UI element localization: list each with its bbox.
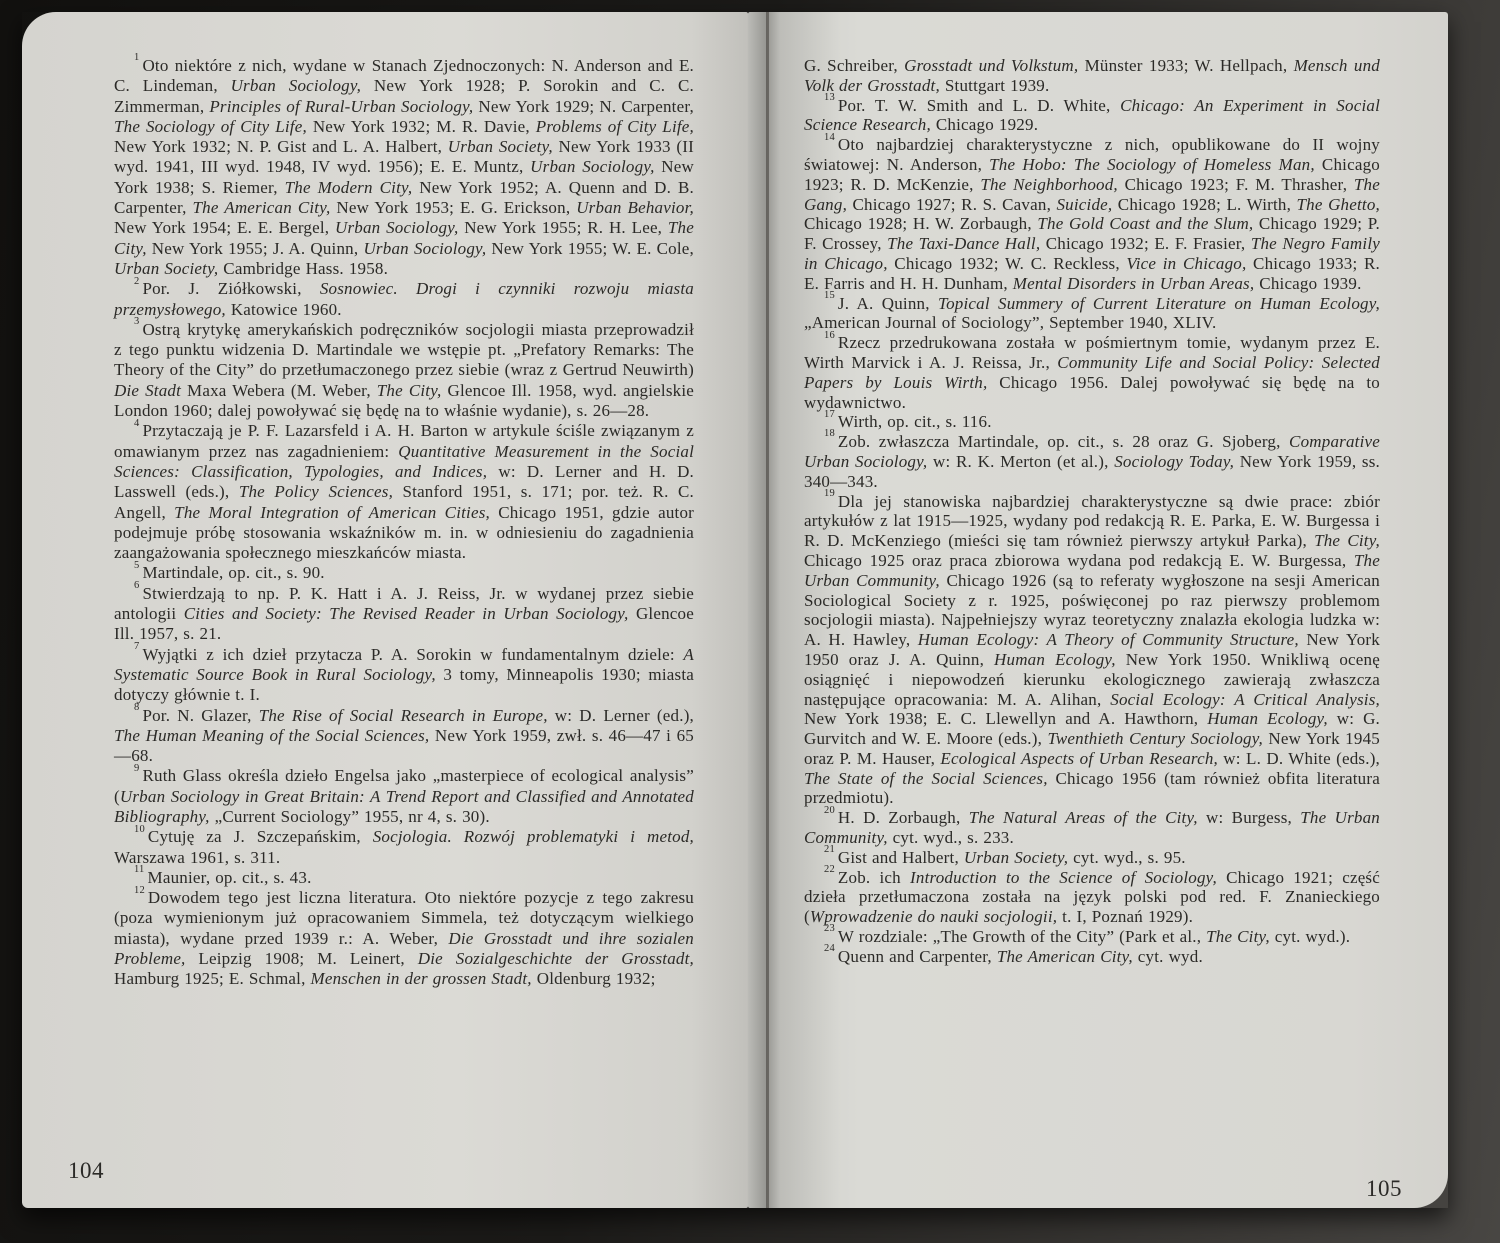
footnotes-column-right: G. Schreiber, Grosstadt und Volkstum, Mü… — [804, 56, 1380, 967]
footnote-number: 18 — [824, 428, 835, 439]
footnote-18: 18Zob. zwłaszcza Martindale, op. cit., s… — [804, 432, 1380, 491]
text-segment: New York 1932; M. R. Davie, — [307, 117, 536, 136]
footnote-4: 4Przytaczają je P. F. Lazarsfeld i A. H.… — [114, 421, 694, 563]
text-segment: Zob. zwłaszcza Martindale, op. cit., s. … — [838, 432, 1289, 451]
text-segment: w: Burgess, — [1198, 808, 1301, 827]
text-segment: Por. T. W. Smith and L. D. White, — [838, 96, 1120, 115]
footnote-number: 9 — [134, 763, 139, 774]
cited-title: The Policy Sciences, — [239, 482, 393, 501]
text-segment: cyt. wyd.). — [1270, 927, 1350, 946]
cited-title: The Gold Coast and the Slum, — [1037, 214, 1253, 233]
text-segment: „Current Sociology” 1955, nr 4, s. 30). — [210, 807, 490, 826]
page-left: 1Oto niektóre z nich, wydane w Stanach Z… — [22, 12, 748, 1208]
cited-title: Die Sozialgeschichte der Grosstadt, — [418, 949, 694, 968]
text-segment: Chicago 1925 oraz praca zbiorowa wydana … — [804, 551, 1354, 570]
footnote-12: 12Dowodem tego jest liczna literatura. O… — [114, 888, 694, 989]
cited-title: Human Ecology, — [1207, 709, 1328, 728]
footnote-5: 5Martindale, op. cit., s. 90. — [114, 563, 694, 583]
text-segment: Chicago 1932; E. F. Frasier, — [1040, 234, 1251, 253]
cited-title: The Sociology of City Life, — [114, 117, 307, 136]
cited-title: Wprowadzenie do nauki socjologii, — [810, 907, 1057, 926]
footnote-number: 16 — [824, 330, 835, 341]
footnote-14: 14Oto najbardziej charakterystyczne z ni… — [804, 135, 1380, 293]
footnote-11: 11Maunier, op. cit., s. 43. — [114, 868, 694, 888]
text-segment: Chicago 1939. — [1254, 274, 1361, 293]
text-segment: Wirth, op. cit., s. 116. — [838, 412, 992, 431]
text-segment: Ostrą krytykę amerykańskich podręczników… — [114, 320, 694, 380]
text-segment: Maunier, op. cit., s. 43. — [148, 868, 312, 887]
footnote-number: 8 — [134, 702, 139, 713]
footnote-1: 1Oto niektóre z nich, wydane w Stanach Z… — [114, 56, 694, 279]
text-segment: Chicago 1928; L. Wirth, — [1112, 195, 1296, 214]
footnote-continuation: G. Schreiber, Grosstadt und Volkstum, Mü… — [804, 56, 1380, 96]
cited-title: Principles of Rural-Urban Sociology, — [209, 97, 473, 116]
cited-title: Topical Summery of Current Literature on… — [938, 294, 1380, 313]
footnote-23: 23W rozdziale: „The Growth of the City” … — [804, 927, 1380, 947]
text-segment: G. Schreiber, — [804, 56, 904, 75]
cited-title: Urban Sociology, — [363, 239, 486, 258]
cited-title: Suicide, — [1056, 195, 1112, 214]
footnote-number: 10 — [134, 824, 145, 835]
text-segment: J. A. Quinn, — [838, 294, 938, 313]
cited-title: The Rise of Social Research in Europe, — [259, 706, 548, 725]
text-segment: w: D. Lerner (ed.), — [548, 706, 694, 725]
cited-title: Mental Disorders in Urban Areas, — [1013, 274, 1255, 293]
cited-title: Urban Sociology, — [231, 76, 362, 95]
cited-title: Human Ecology, — [994, 650, 1116, 669]
open-book-spread: 1Oto niektóre z nich, wydane w Stanach Z… — [22, 12, 1448, 1208]
text-segment: Por. J. Ziółkowski, — [142, 279, 319, 298]
cited-title: The Neighborhood, — [980, 175, 1118, 194]
text-segment: „American Journal of Sociology”, Septemb… — [804, 313, 1216, 332]
text-segment: Maxa Webera (M. Weber, — [181, 381, 377, 400]
book-scan-scene: 1Oto niektóre z nich, wydane w Stanach Z… — [0, 0, 1500, 1243]
footnote-3: 3Ostrą krytykę amerykańskich podręcznikó… — [114, 320, 694, 421]
footnote-8: 8Por. N. Glazer, The Rise of Social Rese… — [114, 706, 694, 767]
text-segment: Gist and Halbert, — [838, 848, 964, 867]
text-segment: t. I, Poznań 1929). — [1057, 907, 1193, 926]
footnote-number: 3 — [134, 316, 139, 327]
footnote-number: 5 — [134, 560, 139, 571]
text-segment: Hamburg 1925; E. Schmal, — [114, 969, 311, 988]
text-segment: New York 1932; N. P. Gist and L. A. Halb… — [114, 137, 448, 156]
text-segment: Münster 1933; W. Hellpach, — [1078, 56, 1293, 75]
footnote-13: 13Por. T. W. Smith and L. D. White, Chic… — [804, 96, 1380, 136]
footnote-number: 24 — [824, 943, 835, 954]
cited-title: Urban Behavior, — [576, 198, 694, 217]
text-segment: Dla jej stanowiska najbardziej charakter… — [804, 492, 1380, 551]
page-right: G. Schreiber, Grosstadt und Volkstum, Mü… — [748, 12, 1448, 1208]
footnote-2: 2Por. J. Ziółkowski, Sosnowiec. Drogi i … — [114, 279, 694, 320]
cited-title: The American City, — [997, 947, 1133, 966]
cited-title: Ecological Aspects of Urban Research, — [940, 749, 1218, 768]
text-segment: Oldenburg 1932; — [532, 969, 656, 988]
text-segment: Chicago 1927; R. S. Cavan, — [847, 195, 1056, 214]
cited-title: Urban Society, — [964, 848, 1068, 867]
text-segment: Leipzig 1908; M. Leinert, — [186, 949, 418, 968]
footnote-15: 15J. A. Quinn, Topical Summery of Curren… — [804, 294, 1380, 334]
cited-title: The City, — [1314, 531, 1380, 550]
footnote-number: 12 — [134, 885, 145, 896]
cited-title: Urban Society, — [114, 259, 218, 278]
text-segment: Quenn and Carpenter, — [838, 947, 997, 966]
text-segment: New York 1955; R. H. Lee, — [458, 218, 667, 237]
text-segment: cyt. wyd. — [1133, 947, 1203, 966]
cited-title: Cities and Society: The Revised Reader i… — [184, 604, 629, 623]
text-segment: w: R. K. Merton (et al.), — [927, 452, 1114, 471]
footnote-16: 16Rzecz przedrukowana została w pośmiert… — [804, 333, 1380, 412]
cited-title: Vice in Chicago, — [1126, 254, 1246, 273]
cited-title: The Human Meaning of the Social Sciences… — [114, 726, 429, 745]
footnotes-column-left: 1Oto niektóre z nich, wydane w Stanach Z… — [114, 56, 694, 990]
cited-title: Urban Sociology, — [335, 218, 458, 237]
cited-title: The Hobo: The Sociology of Homeless Man, — [989, 155, 1315, 174]
text-segment: Cambridge Hass. 1958. — [218, 259, 388, 278]
text-segment: New York 1955; J. A. Quinn, — [147, 239, 364, 258]
cited-title: The State of the Social Sciences, — [804, 769, 1048, 788]
text-segment: Chicago 1932; W. C. Reckless, — [888, 254, 1127, 273]
footnote-number: 14 — [824, 132, 835, 143]
text-segment: Wyjątki z ich dzieł przytacza P. A. Soro… — [142, 645, 683, 664]
cited-title: The City, — [377, 381, 442, 400]
cited-title: Introduction to the Science of Sociology… — [910, 868, 1217, 887]
text-segment: Chicago 1928; H. W. Zorbaugh, — [804, 214, 1037, 233]
cited-title: Twenthieth Century Sociology, — [1047, 729, 1263, 748]
cited-title: The Taxi-Dance Hall, — [887, 234, 1040, 253]
footnote-number: 7 — [134, 641, 139, 652]
text-segment: cyt. wyd., s. 95. — [1068, 848, 1186, 867]
footnote-number: 23 — [824, 923, 835, 934]
footnote-number: 17 — [824, 409, 835, 420]
footnote-number: 2 — [134, 276, 139, 287]
text-segment: cyt. wyd., s. 233. — [888, 828, 1014, 847]
cited-title: The Moral Integration of American Cities… — [174, 503, 490, 522]
text-segment: H. D. Zorbaugh, — [838, 808, 969, 827]
footnote-number: 6 — [134, 580, 139, 591]
footnote-number: 20 — [824, 805, 835, 816]
text-segment: Stuttgart 1939. — [940, 76, 1050, 95]
footnote-7: 7Wyjątki z ich dzieł przytacza P. A. Sor… — [114, 645, 694, 706]
text-segment: New York 1929; N. Carpenter, — [473, 97, 694, 116]
text-segment: New York 1953; E. G. Erickson, — [330, 198, 576, 217]
footnote-number: 13 — [824, 92, 835, 103]
cited-title: The American City, — [193, 198, 331, 217]
text-segment: Katowice 1960. — [226, 300, 342, 319]
cited-title: The Modern City, — [285, 178, 413, 197]
footnote-number: 21 — [824, 844, 835, 855]
page-number-right: 105 — [1366, 1176, 1402, 1202]
footnote-number: 19 — [824, 488, 835, 499]
cited-title: Problems of City Life, — [536, 117, 694, 136]
footnote-number: 1 — [134, 52, 139, 63]
footnote-10: 10Cytuję za J. Szczepańskim, Socjologia.… — [114, 827, 694, 868]
cited-title: The City, — [1206, 927, 1270, 946]
footnote-number: 15 — [824, 290, 835, 301]
text-segment: Chicago 1929. — [931, 115, 1038, 134]
cited-title: Social Ecology: A Critical Analysis, — [1110, 690, 1380, 709]
cited-title: The Ghetto, — [1297, 195, 1380, 214]
text-segment: New York 1954; E. E. Bergel, — [114, 218, 335, 237]
cited-title: The Natural Areas of the City, — [969, 808, 1198, 827]
text-segment: w: L. D. White (eds.), — [1218, 749, 1380, 768]
footnote-20: 20H. D. Zorbaugh, The Natural Areas of t… — [804, 808, 1380, 848]
text-segment: W rozdziale: „The Growth of the City” (P… — [838, 927, 1206, 946]
footnote-9: 9Ruth Glass określa dzieło Engelsa jako … — [114, 766, 694, 827]
cited-title: Sociology Today, — [1114, 452, 1234, 471]
text-segment: Martindale, op. cit., s. 90. — [142, 563, 324, 582]
text-segment: Zob. ich — [838, 868, 910, 887]
footnote-24: 24Quenn and Carpenter, The American City… — [804, 947, 1380, 967]
footnote-6: 6Stwierdzają to np. P. K. Hatt i A. J. R… — [114, 584, 694, 645]
cited-title: Human Ecology: A Theory of Community Str… — [918, 630, 1299, 649]
text-segment: New York 1938; E. C. Llewellyn and A. Ha… — [804, 709, 1207, 728]
footnote-17: 17Wirth, op. cit., s. 116. — [804, 412, 1380, 432]
footnote-22: 22Zob. ich Introduction to the Science o… — [804, 868, 1380, 927]
cited-title: Die Stadt — [114, 381, 181, 400]
footnote-number: 4 — [134, 418, 139, 429]
footnote-19: 19Dla jej stanowiska najbardziej charakt… — [804, 492, 1380, 809]
cited-title: Grosstadt und Volkstum, — [904, 56, 1078, 75]
text-segment: Chicago 1923; F. M. Thrasher, — [1118, 175, 1354, 194]
footnote-number: 22 — [824, 864, 835, 875]
cited-title: Urban Sociology, — [530, 157, 654, 176]
page-number-left: 104 — [68, 1158, 104, 1184]
footnote-21: 21Gist and Halbert, Urban Society, cyt. … — [804, 848, 1380, 868]
cited-title: Socjologia. Rozwój problematyki i metod, — [373, 827, 694, 846]
text-segment: Por. N. Glazer, — [142, 706, 258, 725]
cited-title: Menschen in der grossen Stadt, — [311, 969, 532, 988]
text-segment: New York 1955; W. E. Cole, — [486, 239, 694, 258]
footnote-number: 11 — [134, 864, 145, 875]
cited-title: Urban Society, — [448, 137, 553, 156]
text-segment: Cytuję za J. Szczepańskim, — [148, 827, 373, 846]
